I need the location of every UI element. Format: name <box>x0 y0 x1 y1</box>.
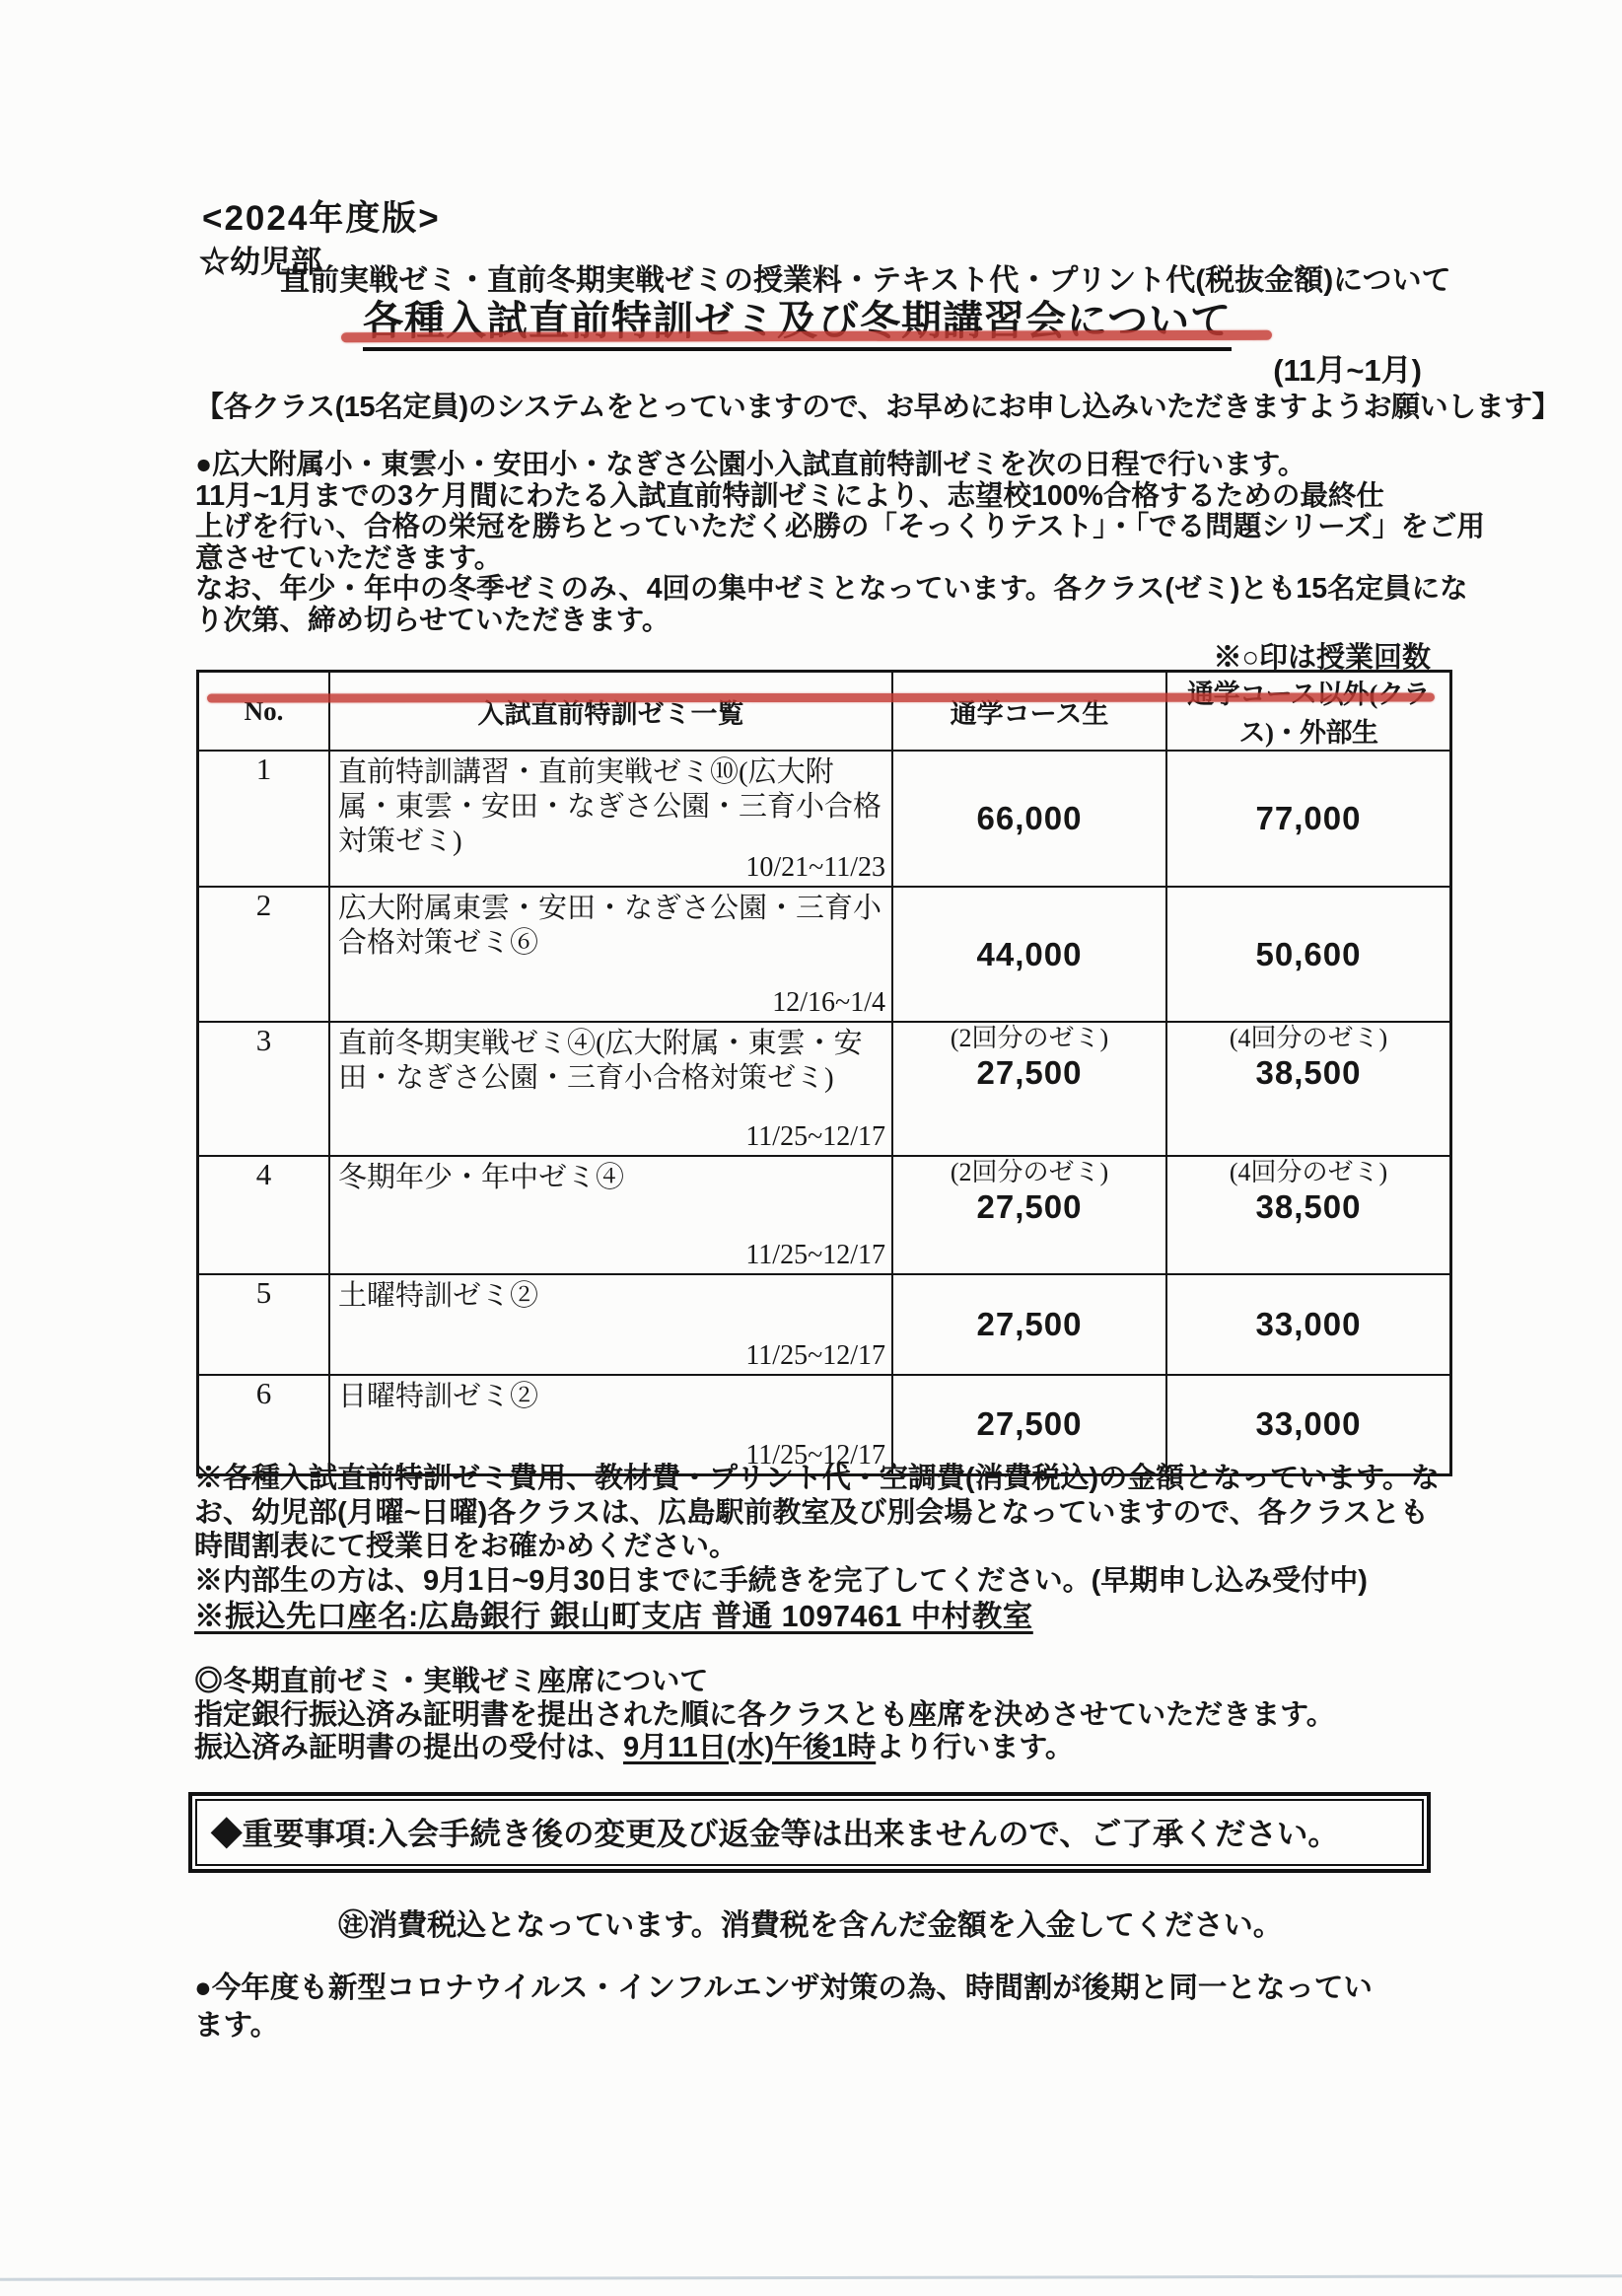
seating-line-prefix: 振込済み証明書の提出の受付は、 <box>194 1732 623 1763</box>
external-price: 50,600 <box>1167 935 1449 974</box>
table-row: 2 広大附属東雲・安田・なぎさ公園・三育小合格対策ゼミ⑥ 12/16~1/4 4… <box>198 887 1451 1022</box>
seminar-cell: 広大附属東雲・安田・なぎさ公園・三育小合格対策ゼミ⑥ 12/16~1/4 <box>329 887 892 1022</box>
external-price-cell: (4回分のゼミ) 38,500 <box>1166 1022 1451 1156</box>
scanned-notice-page: <2024年度版> ☆幼児部 直前実戦ゼミ・直前冬期実戦ゼミの授業料・テキスト代… <box>0 0 1622 2296</box>
fee-table: No. 入試直前特訓ゼミ一覧 通学コース生 通学コース以外(クラス)・外部生 1… <box>196 670 1452 1476</box>
seating-section: ◎冬期直前ゼミ・実戦ゼミ座席について 指定銀行振込済み証明書を提出された順に各ク… <box>194 1666 1335 1765</box>
edition-label: <2024年度版> <box>202 191 441 241</box>
seminar-dates: 11/25~12/17 <box>745 1340 885 1372</box>
important-notice-box: ◆重要事項:入会手続き後の変更及び返金等は出来ませんので、ご了承ください。 <box>188 1792 1431 1873</box>
table-row: 4 冬期年少・年中ゼミ④ 11/25~12/17 (2回分のゼミ) 27,500… <box>198 1156 1451 1274</box>
seminar-cell: 冬期年少・年中ゼミ④ 11/25~12/17 <box>329 1156 892 1274</box>
seminar-dates: 12/16~1/4 <box>772 987 885 1019</box>
commuter-price-cell: (2回分のゼミ) 27,500 <box>892 1022 1166 1156</box>
table-header-red-marker-line <box>207 692 1435 702</box>
commuter-price: 66,000 <box>893 799 1165 838</box>
seminar-name: 広大附属東雲・安田・なぎさ公園・三育小合格対策ゼミ⑥ <box>330 888 891 961</box>
fee-notes: ※各種入試直前特訓ゼミ費用、教材費・プリント代・空調費(消費税込)の金額となって… <box>194 1462 1440 1634</box>
seminar-name: 土曜特訓ゼミ② <box>330 1275 891 1314</box>
bank-transfer-account: ※振込先口座名:広島銀行 銀山町支店 普通 1097461 中村教室 <box>194 1600 1440 1634</box>
commuter-price-cell: 27,500 <box>892 1274 1166 1375</box>
seminar-cell: 日曜特訓ゼミ② 11/25~12/17 <box>329 1375 892 1474</box>
intro-line: り次第、締め切らせていただきます。 <box>195 606 1485 637</box>
row-number: 6 <box>198 1375 330 1474</box>
commuter-price-cell: (2回分のゼミ) 27,500 <box>892 1156 1166 1274</box>
external-price-cell: 33,000 <box>1166 1375 1451 1474</box>
table-row: 6 日曜特訓ゼミ② 11/25~12/17 27,500 33,000 <box>198 1375 1451 1474</box>
session-count-note: (4回分のゼミ) <box>1167 1023 1449 1053</box>
seminar-cell: 直前冬期実戦ゼミ④(広大附属・東雲・安田・なぎさ公園・三育小合格対策ゼミ) 11… <box>329 1022 892 1156</box>
external-price-cell: (4回分のゼミ) 38,500 <box>1166 1156 1451 1274</box>
commuter-price: 27,500 <box>893 1404 1165 1444</box>
commuter-price: 27,500 <box>893 1053 1165 1093</box>
external-price-cell: 50,600 <box>1166 887 1451 1022</box>
external-price: 77,000 <box>1167 799 1449 838</box>
circled-note-icon: ㊟ <box>338 1909 368 1942</box>
seating-line: 振込済み証明書の提出の受付は、9月11日(水)午後1時より行います。 <box>194 1732 1335 1765</box>
external-price-cell: 33,000 <box>1166 1274 1451 1375</box>
important-notice-text: ◆重要事項:入会手続き後の変更及び返金等は出来ませんので、ご了承ください。 <box>195 1799 1424 1866</box>
period-label: (11月~1月) <box>1273 345 1422 390</box>
external-price-cell: 77,000 <box>1166 751 1451 887</box>
seating-line-suffix: より行います。 <box>876 1732 1074 1763</box>
scanner-edge-artifact <box>0 2274 1622 2280</box>
fee-note-line: 時間割表にて授業日をお確かめください。 <box>194 1530 1440 1564</box>
fee-table-wrap: No. 入試直前特訓ゼミ一覧 通学コース生 通学コース以外(クラス)・外部生 1… <box>196 670 1441 1476</box>
fee-note-line: ※各種入試直前特訓ゼミ費用、教材費・プリント代・空調費(消費税込)の金額となって… <box>194 1462 1440 1496</box>
seating-heading: ◎冬期直前ゼミ・実戦ゼミ座席について <box>194 1666 1335 1699</box>
seminar-name: 日曜特訓ゼミ② <box>330 1376 891 1414</box>
intro-line: 11月~1月までの3ケ月間にわたる入試直前特訓ゼミにより、志望校100%合格する… <box>195 481 1485 513</box>
seminar-name: 冬期年少・年中ゼミ④ <box>330 1157 891 1195</box>
seminar-name: 直前特訓講習・直前実戦ゼミ⑩(広大附属・東雲・安田・なぎさ公園・三育小合格対策ゼ… <box>330 752 891 859</box>
seminar-dates: 11/25~12/17 <box>745 1240 885 1271</box>
table-row: 1 直前特訓講習・直前実戦ゼミ⑩(広大附属・東雲・安田・なぎさ公園・三育小合格対… <box>198 751 1451 887</box>
table-row: 3 直前冬期実戦ゼミ④(広大附属・東雲・安田・なぎさ公園・三育小合格対策ゼミ) … <box>198 1022 1451 1156</box>
column-header-commuter: 通学コース生 <box>892 672 1166 752</box>
row-number: 4 <box>198 1156 330 1274</box>
row-number: 2 <box>198 887 330 1022</box>
session-count-note: (2回分のゼミ) <box>893 1157 1165 1187</box>
column-header-no: No. <box>198 672 330 752</box>
session-count-note: (4回分のゼミ) <box>1167 1157 1449 1187</box>
seminar-name: 直前冬期実戦ゼミ④(広大附属・東雲・安田・なぎさ公園・三育小合格対策ゼミ) <box>330 1023 891 1096</box>
commuter-price-cell: 44,000 <box>892 887 1166 1022</box>
intro-line: 意させていただきます。 <box>195 543 1485 575</box>
seating-deadline: 9月11日(水)午後1時 <box>623 1732 876 1763</box>
external-price: 33,000 <box>1167 1305 1449 1344</box>
intro-line: 上げを行い、合格の栄冠を勝ちとっていただく必勝の「そっくりテスト」・「でる問題シ… <box>195 512 1485 543</box>
external-price: 33,000 <box>1167 1404 1449 1444</box>
external-price: 38,500 <box>1167 1053 1449 1093</box>
seminar-cell: 直前特訓講習・直前実戦ゼミ⑩(広大附属・東雲・安田・なぎさ公園・三育小合格対策ゼ… <box>329 751 892 887</box>
commuter-price-cell: 66,000 <box>892 751 1166 887</box>
external-price: 38,500 <box>1167 1187 1449 1227</box>
table-row: 5 土曜特訓ゼミ② 11/25~12/17 27,500 33,000 <box>198 1274 1451 1375</box>
tax-note-text: 消費税込となっています。消費税を含んだ金額を入金してください。 <box>368 1909 1283 1942</box>
tax-note: ㊟消費税込となっています。消費税を含んだ金額を入金してください。 <box>194 1901 1427 1944</box>
seating-line: 指定銀行振込済み証明書を提出された順に各クラスとも座席を決めさせていただきます。 <box>194 1699 1335 1733</box>
row-number: 1 <box>198 751 330 887</box>
column-header-seminar-list: 入試直前特訓ゼミ一覧 <box>329 672 892 752</box>
capacity-note: 【各クラス(15名定員)のシステムをとっていますので、お早めにお申し込みいただき… <box>195 385 1560 425</box>
column-header-external: 通学コース以外(クラス)・外部生 <box>1166 672 1451 752</box>
table-header-row: No. 入試直前特訓ゼミ一覧 通学コース生 通学コース以外(クラス)・外部生 <box>198 672 1451 752</box>
internal-student-note: ※内部生の方は、9月1日~9月30日までに手続きを完了してください。(早期申し込… <box>194 1564 1440 1599</box>
seminar-cell: 土曜特訓ゼミ② 11/25~12/17 <box>329 1274 892 1375</box>
commuter-price: 44,000 <box>893 935 1165 974</box>
intro-line: なお、年少・年中の冬季ゼミのみ、4回の集中ゼミとなっています。各クラス(ゼミ)と… <box>195 574 1485 606</box>
commuter-price: 27,500 <box>893 1187 1165 1227</box>
session-count-note: (2回分のゼミ) <box>893 1023 1165 1053</box>
row-number: 3 <box>198 1022 330 1156</box>
intro-paragraph: ●広大附属小・東雲小・安田小・なぎさ公園小入試直前特訓ゼミを次の日程で行います。… <box>195 450 1485 636</box>
commuter-price-cell: 27,500 <box>892 1375 1166 1474</box>
fee-note-line: お、幼児部(月曜~日曜)各クラスは、広島駅前教室及び別会場となっていますので、各… <box>194 1496 1440 1531</box>
row-number: 5 <box>198 1274 330 1375</box>
seminar-dates: 10/21~11/23 <box>745 852 885 884</box>
commuter-price: 27,500 <box>893 1305 1165 1344</box>
covid-note: ●今年度も新型コロナウイルス・インフルエンザ対策の為、時間割が後期と同一となって… <box>194 1970 1373 2045</box>
seminar-dates: 11/25~12/17 <box>745 1121 885 1153</box>
intro-line: ●広大附属小・東雲小・安田小・なぎさ公園小入試直前特訓ゼミを次の日程で行います。 <box>195 450 1485 481</box>
